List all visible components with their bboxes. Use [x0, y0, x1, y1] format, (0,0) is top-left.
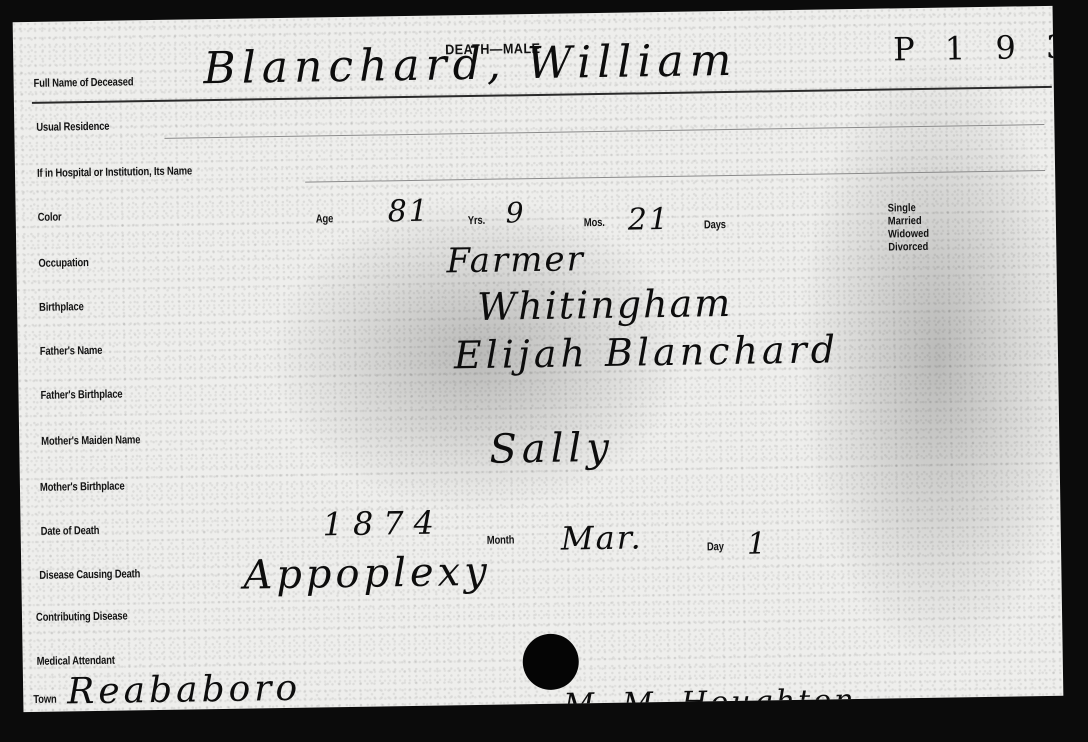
mothers-maiden-name-label: Mother's Maiden Name	[41, 434, 140, 448]
disease-causing-death-label: Disease Causing Death	[39, 568, 140, 582]
death-record-card: DEATH—MALE P 1 9 3 Full Name of Deceased…	[13, 6, 1064, 712]
age-days-label: Days	[704, 219, 726, 231]
age-years-label: Yrs.	[468, 215, 485, 227]
birthplace-label: Birthplace	[39, 301, 84, 314]
date-of-death-label: Date of Death	[41, 525, 100, 538]
hospital-rule	[305, 170, 1045, 183]
death-month-label: Month	[487, 534, 515, 546]
marital-option-single: Single	[888, 202, 929, 216]
hole-punch	[522, 633, 579, 690]
death-month-value: Mar.	[561, 518, 643, 557]
occupation-value: Farmer	[446, 239, 585, 281]
town-clerk-signature: M. M. Houghton	[563, 683, 857, 712]
death-day-value: 1	[747, 526, 769, 561]
birthplace-value: Whitingham	[477, 281, 733, 329]
mothers-maiden-name-value: Sally	[489, 425, 614, 473]
hospital-label: If in Hospital or Institution, Its Name	[37, 165, 192, 179]
age-months-label: Mos.	[584, 217, 605, 229]
color-label: Color	[38, 211, 62, 223]
usual-residence-rule	[164, 124, 1044, 139]
death-day-label: Day	[707, 541, 724, 553]
age-months-value: 9	[505, 196, 525, 229]
fathers-name-label: Father's Name	[40, 345, 103, 358]
age-years-value: 81	[387, 194, 430, 230]
marital-option-married: Married	[888, 215, 929, 229]
reference-number: P 1 9 3	[893, 28, 1063, 69]
death-year-value: 1874	[322, 503, 444, 543]
disease-causing-death-value: Appoplexy	[243, 549, 491, 599]
contributing-disease-label: Contributing Disease	[36, 610, 128, 623]
mothers-birthplace-label: Mother's Birthplace	[40, 481, 125, 494]
full-name-label: Full Name of Deceased	[34, 76, 134, 90]
marital-status-options: Single Married Widowed Divorced	[888, 202, 930, 255]
town-label: Town	[33, 694, 56, 706]
marital-option-widowed: Widowed	[888, 228, 929, 242]
full-name-value: Blanchard, William	[203, 35, 738, 94]
fathers-birthplace-label: Father's Birthplace	[40, 389, 122, 402]
marital-option-divorced: Divorced	[888, 241, 929, 255]
age-label: Age	[316, 213, 334, 225]
town-clerk-label: Town Clerk	[941, 701, 990, 712]
medical-attendant-label: Medical Attendant	[37, 655, 115, 668]
age-days-value: 21	[628, 202, 671, 238]
town-value: Reababoro	[67, 668, 302, 712]
fathers-name-value: Elijah Blanchard	[454, 327, 840, 377]
usual-residence-label: Usual Residence	[36, 121, 109, 134]
occupation-label: Occupation	[38, 257, 88, 270]
